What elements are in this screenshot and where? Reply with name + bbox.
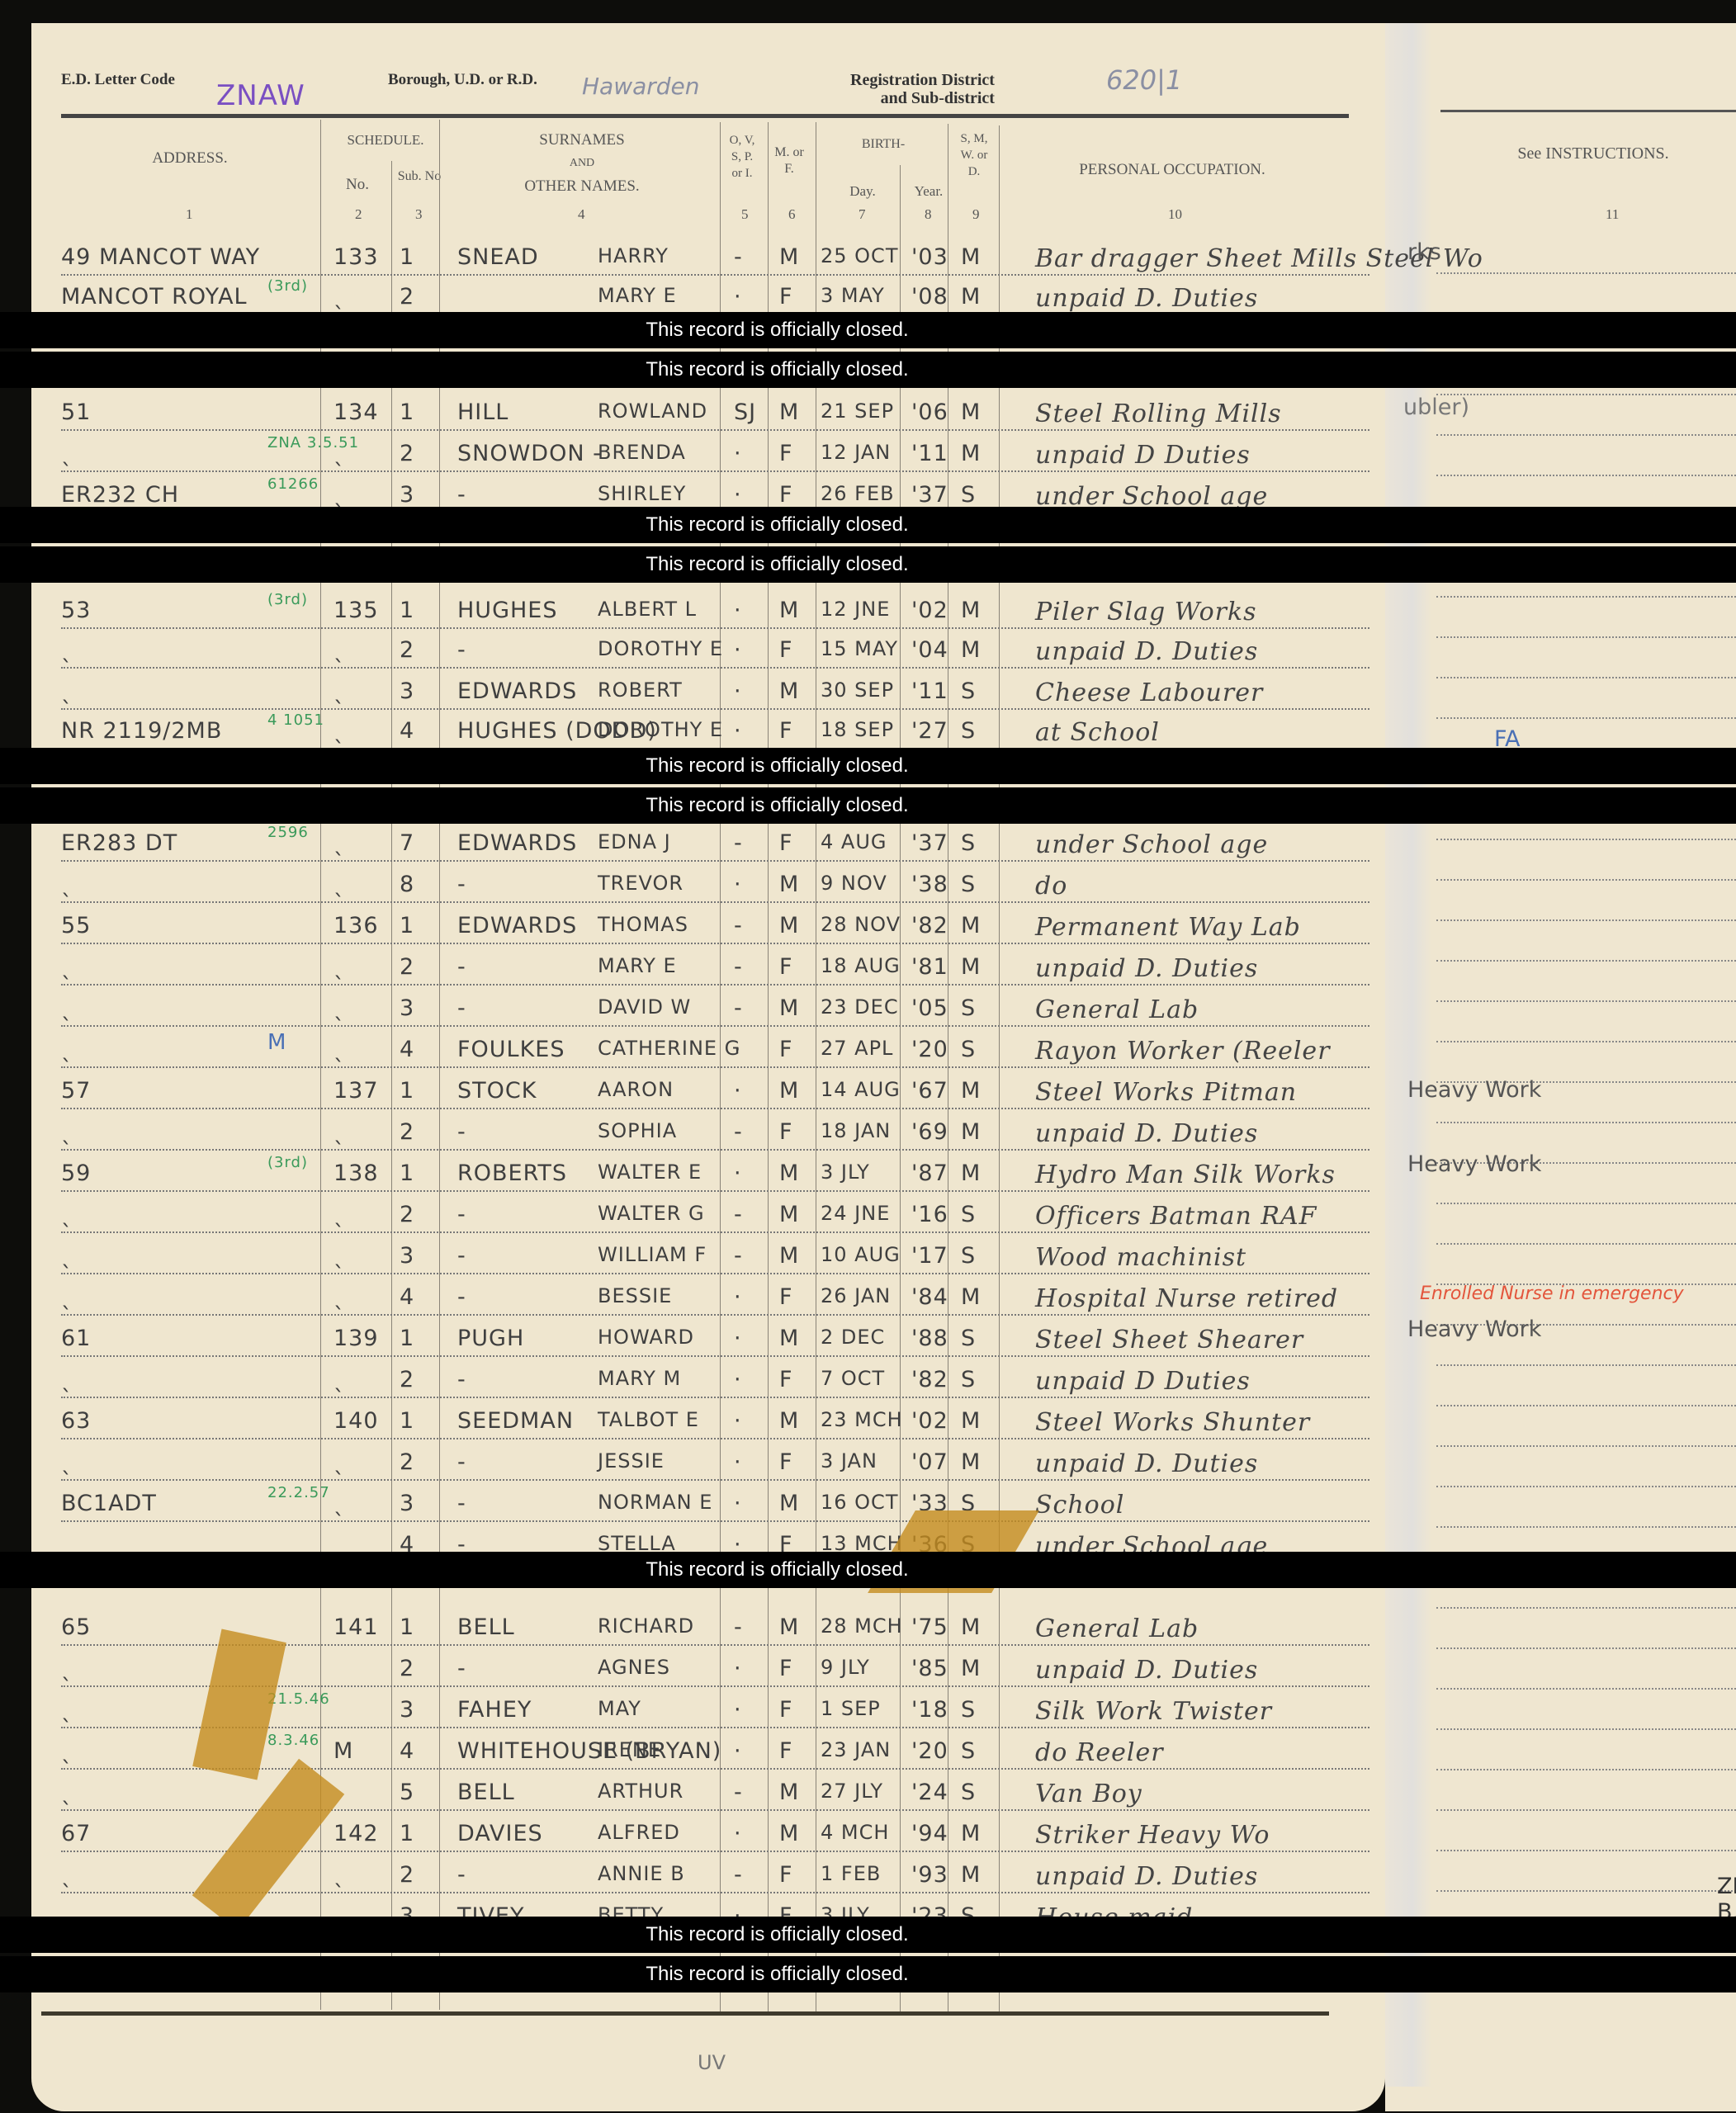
col-birth-day: Day. [825, 183, 900, 200]
cell-address: ˎ [61, 1780, 73, 1805]
cell-day: 12 JNE [821, 598, 890, 621]
col-birth: BIRTH- [821, 136, 945, 153]
cell-sub: 2 [400, 284, 414, 310]
col-schedule-sub: Sub. No [395, 168, 444, 185]
instructions-dotted-line [1436, 394, 1736, 395]
cell-sub: 2 [400, 954, 414, 980]
cell-day: 27 APL [821, 1037, 893, 1060]
cell-sub: 1 [400, 1326, 414, 1351]
cell-day: 21 SEP [821, 399, 894, 423]
cell-first: TALBOT E [598, 1408, 699, 1431]
cell-sched: ˎ [333, 1202, 346, 1227]
instructions-dotted-line [1436, 1769, 1736, 1770]
cell-day: 1 FEB [821, 1862, 881, 1885]
cell-ovspi: SJ [734, 399, 756, 425]
cell-year: '69 [911, 1119, 948, 1145]
cell-first: MARY E [598, 954, 677, 977]
cell-annotation: 21.5.46 [267, 1690, 330, 1708]
cell-annotation: 22.2.57 [267, 1484, 330, 1501]
cell-status: M [961, 954, 981, 980]
cell-sched: 138 [333, 1160, 379, 1186]
table-row: ˎˎ2-JESSIE·F3 JAN'07Munpaid D. Duties [61, 1444, 1369, 1484]
cell-sub: 1 [400, 598, 414, 623]
redaction-bar: This record is officially closed. [0, 546, 1736, 583]
cell-annotation: (3rd) [267, 277, 308, 295]
cell-sub: 4 [400, 1284, 414, 1310]
cell-day: 7 OCT [821, 1367, 885, 1390]
cell-sub: 8 [400, 872, 414, 897]
cell-sched: 134 [333, 399, 379, 425]
cell-sched: 139 [333, 1326, 379, 1351]
cell-surname: - [457, 872, 466, 897]
cell-ovspi: - [734, 1119, 743, 1145]
row-dotted-line [61, 1355, 1369, 1357]
instructions-dotted-line [1436, 1688, 1736, 1690]
cell-status: M [961, 244, 981, 270]
row-dotted-line [61, 1149, 1369, 1151]
cell-sex: F [779, 1037, 793, 1062]
cell-day: 9 JLY [821, 1656, 870, 1679]
cell-sched: ˎ [333, 284, 346, 310]
cell-first: MARY M [598, 1367, 681, 1390]
redaction-text: This record is officially closed. [646, 319, 908, 341]
cell-sched: M [333, 1738, 353, 1764]
cell-ovspi: · [734, 1037, 742, 1062]
cell-ovspi: · [734, 1078, 742, 1104]
cell-year: '81 [911, 954, 948, 980]
cell-surname: FAHEY [457, 1697, 532, 1723]
cell-year: '20 [911, 1738, 948, 1764]
cell-sub: 2 [400, 1449, 414, 1475]
cell-sched: ˎ [333, 637, 346, 663]
cell-sex: M [779, 872, 799, 897]
cell-first: BESSIE [598, 1284, 672, 1307]
row-dotted-line [61, 1066, 1369, 1068]
cell-day: 23 MCH [821, 1408, 903, 1431]
cell-sex: M [779, 1614, 799, 1640]
cell-sched: ˎ [333, 954, 346, 980]
cell-surname: BELL [457, 1614, 515, 1640]
cell-year: '94 [911, 1821, 948, 1846]
cell-ovspi: - [734, 954, 743, 980]
cell-annotation: 8.3.46 [267, 1732, 319, 1749]
cell-sched: 137 [333, 1078, 379, 1104]
cell-status: M [961, 1449, 981, 1475]
cell-sub: 4 [400, 718, 414, 744]
instructions-note: rks [1407, 239, 1441, 265]
cell-sub: 1 [400, 1614, 414, 1640]
cell-year: '75 [911, 1614, 948, 1640]
cell-year: '07 [911, 1449, 948, 1475]
cell-surname: ROBERTS [457, 1160, 567, 1186]
row-dotted-line [61, 1438, 1369, 1439]
cell-year: '84 [911, 1284, 948, 1310]
instructions-dotted-line [1436, 1405, 1736, 1406]
cell-status: M [961, 1656, 981, 1681]
instructions-dotted-line [1436, 1850, 1736, 1851]
cell-surname: - [457, 1119, 466, 1145]
cell-address: 57 [61, 1078, 91, 1104]
cell-sex: F [779, 954, 793, 980]
cell-status: M [961, 598, 981, 623]
cell-ovspi: · [734, 1367, 742, 1392]
row-dotted-line [61, 1190, 1369, 1192]
cell-first: DOROTHY E [598, 718, 723, 741]
cell-status: S [961, 1202, 976, 1227]
cell-occupation: Van Boy [1035, 1780, 1142, 1808]
cell-annotation: 61266 [267, 475, 319, 493]
instructions-dotted-line [1436, 839, 1736, 840]
cell-status: M [961, 1821, 981, 1846]
cell-status: M [961, 913, 981, 938]
column-number: 5 [741, 206, 749, 223]
cell-address: ˎ [61, 1243, 73, 1269]
cell-occupation: General Lab [1035, 1614, 1199, 1643]
instructions-dotted-line [1436, 596, 1736, 598]
cell-day: 9 NOV [821, 872, 887, 895]
cell-occupation: unpaid D. Duties [1035, 1862, 1258, 1891]
cell-occupation: unpaid D. Duties [1035, 1449, 1258, 1478]
cell-address: 67 [61, 1821, 91, 1846]
cell-address: 55 [61, 913, 91, 938]
cell-sched: ˎ [333, 1449, 346, 1475]
cell-year: '27 [911, 718, 948, 744]
cell-occupation: Hydro Man Silk Works [1035, 1160, 1336, 1189]
cell-year: '11 [911, 441, 948, 466]
cell-first: IRENE [598, 1738, 661, 1761]
table-row: ˎˎ2-WALTER G-M24 JNE'16SOfficers Batman … [61, 1197, 1369, 1236]
cell-status: S [961, 1243, 976, 1269]
row-dotted-line [61, 627, 1369, 629]
cell-day: 23 DEC [821, 995, 899, 1019]
cell-sex: F [779, 1738, 793, 1764]
cell-sub: 4 [400, 1037, 414, 1062]
cell-address: ˎ [61, 678, 73, 704]
cell-surname: - [457, 1243, 466, 1269]
cell-sched: 142 [333, 1821, 379, 1846]
cell-address: ˎ [61, 954, 73, 980]
cell-ovspi: · [734, 1326, 742, 1351]
col-surnames-line3: OTHER NAMES. [462, 178, 702, 195]
cell-ovspi: · [734, 441, 742, 466]
instructions-dotted-line [1436, 1526, 1736, 1528]
registration-value: 620|1 [1106, 64, 1182, 96]
cell-year: '08 [911, 284, 948, 310]
column-number: 11 [1606, 206, 1619, 223]
cell-day: 26 FEB [821, 482, 895, 505]
instructions-dotted-line [1436, 1000, 1736, 1002]
table-row: ˎˎ2-DOROTHY E·F15 MAY'04Munpaid D. Dutie… [61, 632, 1369, 672]
redaction-text: This record is officially closed. [646, 794, 908, 816]
cell-surname: - [457, 1656, 466, 1681]
col-surnames-line1: SURNAMES [462, 132, 702, 149]
cell-annotation: 4 1051 [267, 711, 324, 729]
cell-first: BRENDA [598, 441, 686, 464]
cell-occupation: Permanent Way Lab [1035, 913, 1301, 942]
cell-surname: STOCK [457, 1078, 537, 1104]
cell-day: 1 SEP [821, 1697, 881, 1720]
cell-surname: - [457, 1449, 466, 1475]
cell-day: 4 MCH [821, 1821, 889, 1844]
cell-sex: M [779, 244, 799, 270]
cell-occupation: School [1035, 1491, 1124, 1520]
cell-surname: WHITEHOUSE (BRYAN) [457, 1738, 721, 1764]
cell-surname: - [457, 995, 466, 1021]
cell-address: ˎ [61, 1037, 73, 1062]
cell-first: ROWLAND [598, 399, 707, 423]
cell-ovspi: · [734, 482, 742, 508]
cell-sched: ˎ [333, 830, 346, 856]
redaction-text: This record is officially closed. [646, 1923, 908, 1945]
table-row: 611391PUGHHOWARD·M2 DEC'88SSteel Sheet S… [61, 1321, 1369, 1360]
instructions-dotted-line [1436, 1728, 1736, 1730]
cell-year: '67 [911, 1078, 948, 1104]
cell-annotation: (3rd) [267, 1154, 308, 1171]
cell-first: ALFRED [598, 1821, 680, 1844]
cell-address: ˎ [61, 1119, 73, 1145]
cell-status: M [961, 1119, 981, 1145]
cell-sub: 5 [400, 1780, 414, 1805]
cell-ovspi: - [734, 244, 743, 270]
cell-year: '93 [911, 1862, 948, 1888]
cell-address: MANCOT ROYAL [61, 284, 248, 310]
row-dotted-line [61, 1314, 1369, 1316]
cell-occupation: Steel Rolling Mills [1035, 399, 1282, 428]
cell-occupation: unpaid D. Duties [1035, 284, 1258, 313]
cell-sex: F [779, 284, 793, 310]
cell-sched: ˎ [333, 995, 346, 1021]
cell-day: 4 AUG [821, 830, 887, 853]
cell-sex: F [779, 482, 793, 508]
instructions-dotted-line [1436, 434, 1736, 436]
cell-occupation: Silk Work Twister [1035, 1697, 1272, 1726]
cell-occupation: do Reeler [1035, 1738, 1164, 1767]
cell-sub: 3 [400, 678, 414, 704]
cell-day: 12 JAN [821, 441, 891, 464]
cell-surname: HILL [457, 399, 509, 425]
cell-status: S [961, 1697, 976, 1723]
instructions-dotted-line [1436, 272, 1736, 274]
redaction-text: This record is officially closed. [646, 358, 908, 381]
cell-status: M [961, 1284, 981, 1310]
redaction-text: This record is officially closed. [646, 553, 908, 575]
cell-sub: 7 [400, 830, 414, 856]
cell-status: S [961, 872, 976, 897]
cell-year: '38 [911, 872, 948, 897]
cell-occupation: unpaid D Duties [1035, 441, 1251, 470]
cell-sched: 133 [333, 244, 379, 270]
cell-address: 51 [61, 399, 91, 425]
cell-sched: ˎ [333, 1367, 346, 1392]
row-dotted-line [61, 1479, 1369, 1481]
cell-occupation: Steel Sheet Shearer [1035, 1326, 1303, 1354]
cell-day: 24 JNE [821, 1202, 890, 1225]
cell-address: ˎ [61, 1862, 73, 1888]
ed-letter-code-label: E.D. Letter Code [61, 71, 175, 89]
cell-ovspi: · [734, 1697, 742, 1723]
cell-address: NR 2119/2MB [61, 718, 222, 744]
instructions-dotted-line [1436, 1647, 1736, 1649]
column-number: 2 [355, 206, 362, 223]
table-row: 531351HUGHESALBERT L·M12 JNE'02MPiler Sl… [61, 593, 1369, 632]
cell-surname: BELL [457, 1780, 515, 1805]
col-address: ADDRESS. [107, 150, 272, 167]
cell-ovspi: · [734, 1449, 742, 1475]
cell-first: TREVOR [598, 872, 684, 895]
table-row: ˎˎ4-BESSIE·F26 JAN'84MHospital Nurse ret… [61, 1279, 1369, 1319]
cell-status: M [961, 1408, 981, 1434]
cell-surname: - [457, 1284, 466, 1310]
cell-status: M [961, 399, 981, 425]
cell-occupation: Hospital Nurse retired [1035, 1284, 1338, 1313]
cell-first: DAVID W [598, 995, 691, 1019]
row-dotted-line [61, 1397, 1369, 1398]
cell-first: SHIRLEY [598, 482, 686, 505]
instructions-dotted-line [1436, 1486, 1736, 1487]
cell-sex: M [779, 399, 799, 425]
cell-sex: M [779, 1202, 799, 1227]
column-number: 10 [1168, 206, 1182, 223]
cell-first: WALTER E [598, 1160, 702, 1184]
cell-address: ˎ [61, 1656, 73, 1681]
redaction-bar: This record is officially closed. [0, 1956, 1736, 1992]
cell-surname: SEEDMAN [457, 1408, 574, 1434]
cell-surname: - [457, 1491, 466, 1516]
cell-surname: EDWARDS [457, 678, 577, 704]
cell-day: 26 JAN [821, 1284, 891, 1307]
redaction-bar: This record is officially closed. [0, 352, 1736, 388]
row-dotted-line [61, 984, 1369, 986]
cell-year: '05 [911, 995, 948, 1021]
row-dotted-line [61, 860, 1369, 862]
cell-status: S [961, 482, 976, 508]
cell-occupation: Officers Batman RAF [1035, 1202, 1317, 1231]
cell-status: S [961, 1326, 976, 1351]
col-schedule-no: No. [329, 177, 386, 193]
instructions-dotted-line [1436, 1122, 1736, 1123]
cell-ovspi: · [734, 1821, 742, 1846]
cell-sex: F [779, 1449, 793, 1475]
redaction-bar: This record is officially closed. [0, 1552, 1736, 1588]
column-number: 3 [415, 206, 423, 223]
redaction-text: This record is officially closed. [646, 513, 908, 536]
cell-first: NORMAN E [598, 1491, 712, 1514]
cell-sex: M [779, 1160, 799, 1186]
cell-occupation: Piler Slag Works [1035, 598, 1257, 626]
cell-occupation: Wood machinist [1035, 1243, 1246, 1272]
header-rule [61, 114, 1349, 118]
table-row: ˎˎ3-DAVID W-M23 DEC'05SGeneral Lab [61, 990, 1369, 1030]
cell-ovspi: · [734, 637, 742, 663]
table-row: NR 2119/2MBˎ4HUGHES (DODD)DOROTHY E·F18 … [61, 713, 1369, 753]
cell-sub: 3 [400, 482, 414, 508]
column-number: 8 [925, 206, 932, 223]
cell-year: '06 [911, 399, 948, 425]
cell-sub: 1 [400, 399, 414, 425]
cell-sub: 2 [400, 1119, 414, 1145]
cell-address: ˎ [61, 441, 73, 466]
cell-year: '82 [911, 913, 948, 938]
instructions-dotted-line [1436, 636, 1736, 638]
table-row: ˎˎ4FOULKESCATHERINE G·F27 APL'20SRayon W… [61, 1032, 1369, 1071]
table-row: 571371STOCKAARON·M14 AUG'67MSteel Works … [61, 1073, 1369, 1113]
cell-status: S [961, 1738, 976, 1764]
cell-surname: - [457, 637, 466, 663]
instructions-dotted-line [1436, 475, 1736, 476]
cell-year: '20 [911, 1037, 948, 1062]
cell-ovspi: - [734, 1243, 743, 1269]
cell-sched: ˎ [333, 718, 346, 744]
cell-first: AGNES [598, 1656, 670, 1679]
cell-sub: 2 [400, 441, 414, 466]
cell-status: M [961, 1078, 981, 1104]
cell-year: '37 [911, 830, 948, 856]
table-row: ˎˎ3EDWARDSROBERT·M30 SEP'11SCheese Labou… [61, 674, 1369, 713]
cell-sub: 2 [400, 1862, 414, 1888]
cell-sub: 3 [400, 995, 414, 1021]
cell-first: ALBERT L [598, 598, 697, 621]
cell-occupation: do [1035, 872, 1067, 901]
cell-address: 59 [61, 1160, 91, 1186]
cell-address: 49 MANCOT WAY [61, 244, 260, 270]
cell-sub: 1 [400, 913, 414, 938]
instructions-dotted-line [1436, 879, 1736, 881]
cell-first: JESSIE [598, 1449, 665, 1472]
cell-status: M [961, 284, 981, 310]
cell-surname: - [457, 954, 466, 980]
table-row: ˎˎ2-MARY E-F18 AUG'81Munpaid D. Duties [61, 949, 1369, 989]
instructions-dotted-line [1436, 1809, 1736, 1811]
cell-day: 3 MAY [821, 284, 885, 307]
row-dotted-line [61, 1108, 1369, 1109]
header-rule-right [1440, 110, 1736, 112]
cell-status: S [961, 995, 976, 1021]
cell-address: 65 [61, 1614, 91, 1640]
cell-sex: F [779, 441, 793, 466]
cell-day: 10 AUG [821, 1243, 901, 1266]
row-dotted-line [61, 1231, 1369, 1233]
cell-day: 18 JAN [821, 1119, 891, 1142]
cell-ovspi: · [734, 1160, 742, 1186]
col-schedule: SCHEDULE. [324, 132, 447, 149]
cell-sched: ˎ [333, 1491, 346, 1516]
table-row: 511341HILLROWLANDSJM21 SEP'06MSteel Roll… [61, 395, 1369, 434]
cell-address: ˎ [61, 1284, 73, 1310]
cell-status: S [961, 1367, 976, 1392]
cell-year: '11 [911, 678, 948, 704]
cell-day: 25 OCT [821, 244, 898, 267]
cell-occupation: unpaid D. Duties [1035, 637, 1258, 666]
cell-sub: 2 [400, 1202, 414, 1227]
row-dotted-line [61, 1520, 1369, 1522]
cell-sched: ˎ [333, 1862, 346, 1888]
cell-year: '24 [911, 1780, 948, 1805]
cell-ovspi: · [734, 678, 742, 704]
cell-sex: M [779, 1491, 799, 1516]
cell-sub: 1 [400, 1078, 414, 1104]
cell-year: '18 [911, 1697, 948, 1723]
cell-occupation: unpaid D Duties [1035, 1367, 1251, 1396]
cell-first: HOWARD [598, 1326, 694, 1349]
registration-label-line1: Registration District [850, 71, 995, 89]
cell-ovspi: · [734, 872, 742, 897]
cell-sex: F [779, 1697, 793, 1723]
cell-first: HARRY [598, 244, 669, 267]
row-dotted-line [61, 429, 1369, 431]
redaction-bar: This record is officially closed. [0, 748, 1736, 784]
table-row: BC1ADTˎ3-NORMAN E·M16 OCT'33SSchool22.2.… [61, 1486, 1369, 1525]
cell-year: '82 [911, 1367, 948, 1392]
